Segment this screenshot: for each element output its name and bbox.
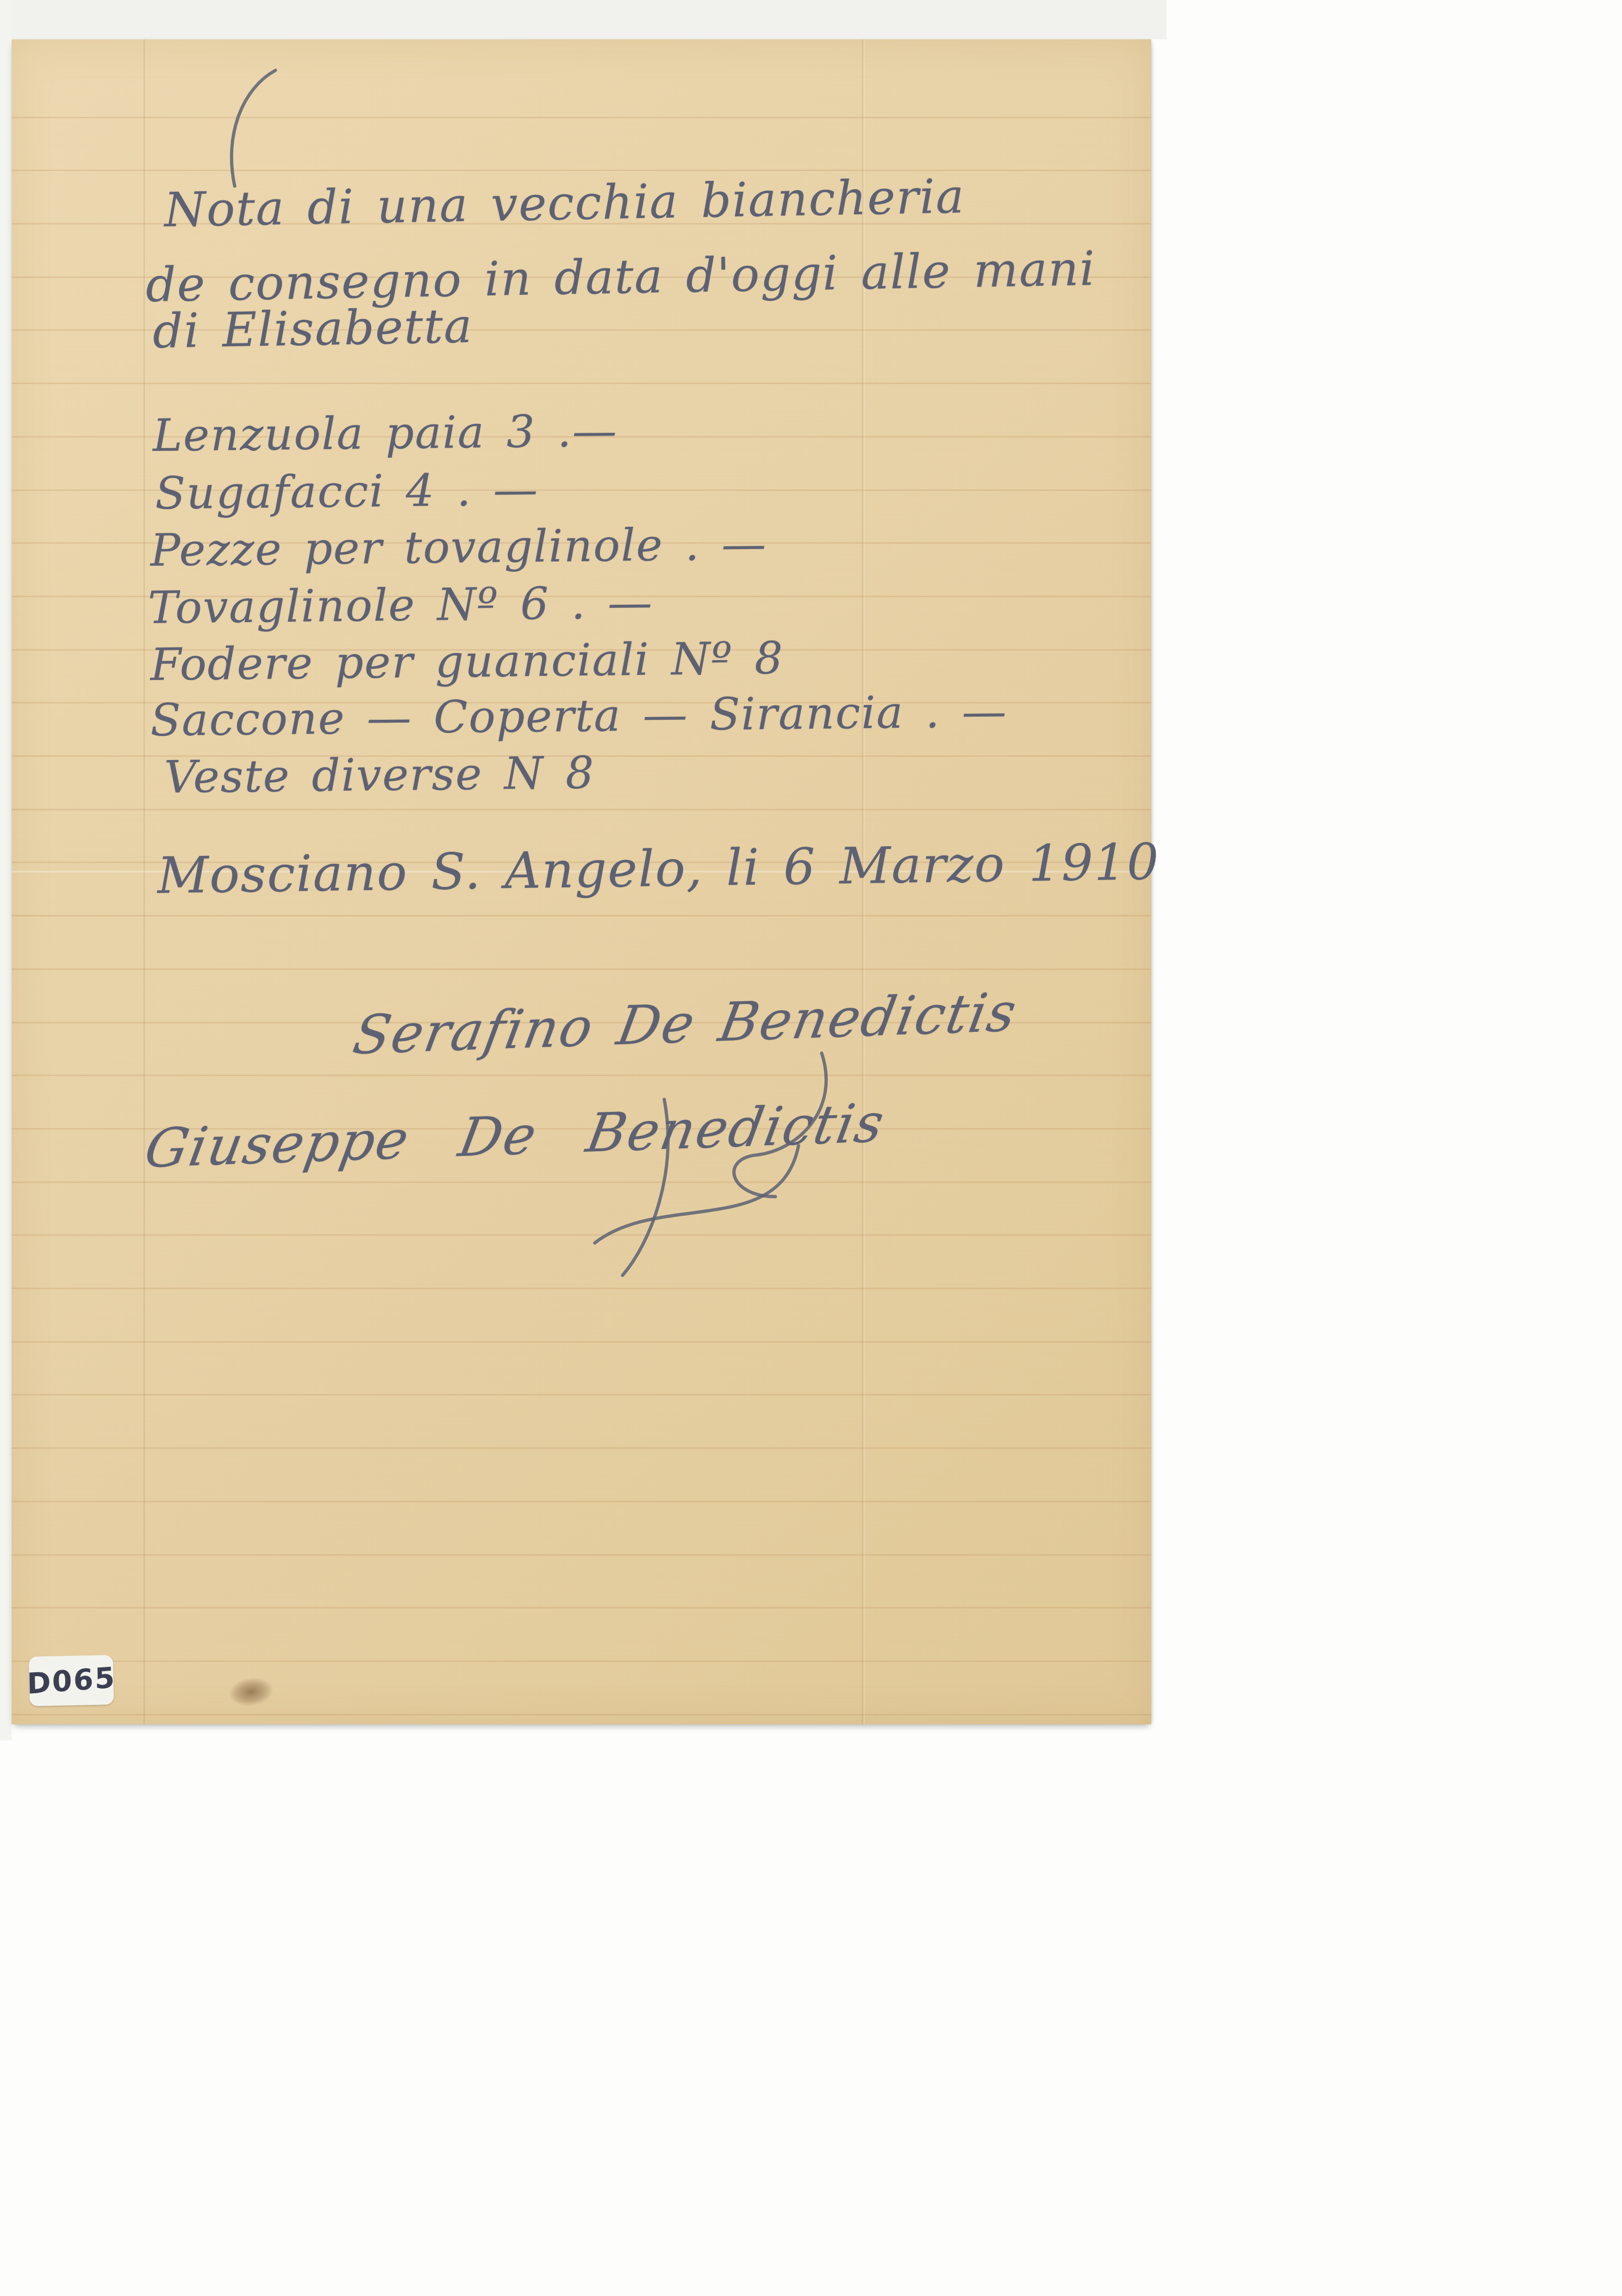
scanner-left-strip: [0, 0, 12, 1741]
list-item: Veste diverse N 8: [164, 747, 595, 803]
scanned-page: Nota di una vecchia biancheria de conseg…: [0, 0, 1622, 2296]
list-item: Lenzuola paia 3 .—: [152, 405, 618, 462]
list-item: Pezze per tovaglinole . —: [150, 518, 767, 576]
vertical-crease: [143, 39, 145, 1724]
list-item: Saccone — Coperta — Sirancia . —: [150, 686, 1007, 746]
list-item: Sugafacci 4 . —: [155, 463, 539, 519]
heading-line-3: di Elisabetta: [152, 299, 474, 359]
document-paper: Nota di una vecchia biancheria de conseg…: [12, 39, 1151, 1724]
list-item: Tovaglinole Nº 6 . —: [148, 577, 653, 634]
scanner-top-strip: [0, 0, 1167, 39]
archive-label-text: D065: [26, 1660, 116, 1701]
list-item: Fodere per guanciali Nº 8: [150, 632, 784, 691]
archive-label: D065: [29, 1655, 114, 1706]
